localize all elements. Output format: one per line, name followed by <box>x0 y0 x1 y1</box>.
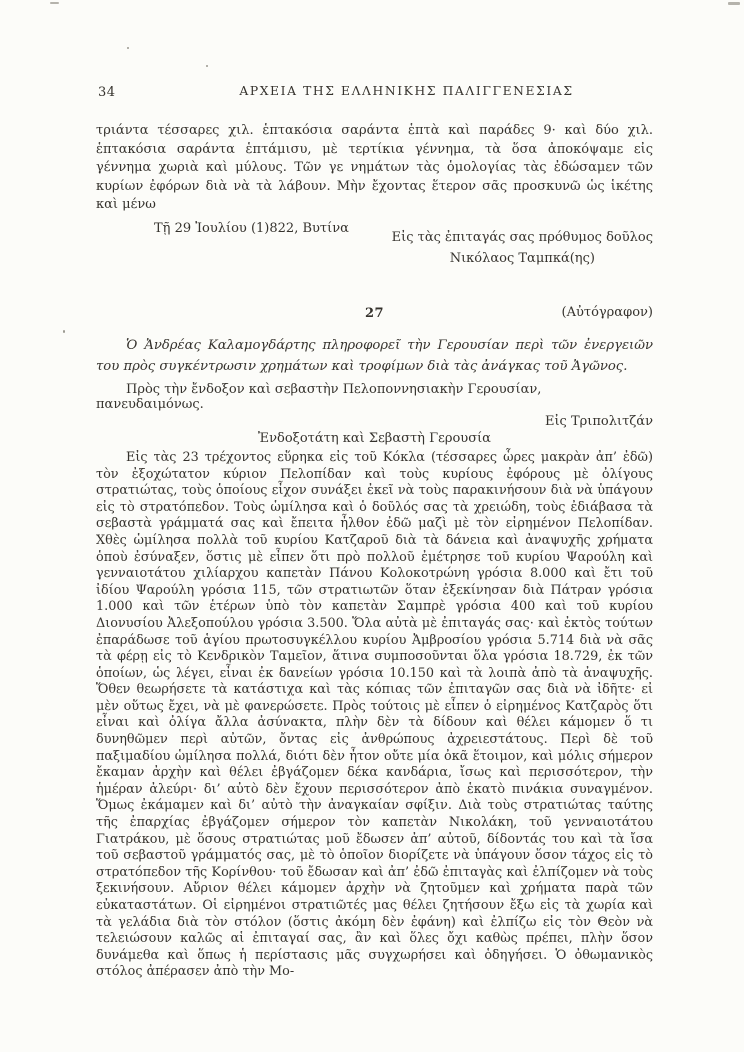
scan-speck <box>63 330 65 333</box>
page-number: 34 <box>98 85 116 100</box>
previous-document-signature-row: Τῇ 29 Ἰουλίου (1)822, Βυτίνα Εἰς τὰς ἐπι… <box>96 218 653 269</box>
salutation-line: Ἐνδοξοτάτη καὶ Σεβαστὴ Γερουσία <box>96 431 653 446</box>
closing-block: Εἰς τὰς ἐπιταγάς σας πρόθυμος δοῦλος Νικ… <box>392 227 653 269</box>
document-previous-tail: τριάντα τέσσαρες χιλ. ἑπτακόσια σαράντα … <box>96 122 653 269</box>
signature-name: Νικόλαος Ταμπκά(ης) <box>392 248 653 269</box>
document-type-note: (Αὐτόγραφον) <box>562 305 653 320</box>
document-summary: Ὁ Ἀνδρέας Καλαμογδάρτης πληροφορεῖ τὴν Γ… <box>96 335 653 378</box>
running-title: ΑΡΧΕΙΑ ΤΗΣ ΕΛΛΗΝΙΚΗΣ ΠΑΛΙΓΓΕΝΕΣΙΑΣ <box>160 84 653 98</box>
dateline: Τῇ 29 Ἰουλίου (1)822, Βυτίνα <box>96 221 349 269</box>
scan-speck <box>206 65 208 67</box>
document-27-header: 27 (Αὐτόγραφον) <box>96 306 653 323</box>
scan-speck <box>127 47 129 49</box>
place-line: Εἰς Τριπολιτζάν <box>96 414 653 429</box>
scan-artifact <box>50 2 59 4</box>
address-line: Πρὸς τὴν ἔνδοξον καὶ σεβαστὴν Πελοποννησ… <box>96 382 653 412</box>
running-head: 34 ΑΡΧΕΙΑ ΤΗΣ ΕΛΛΗΝΙΚΗΣ ΠΑΛΙΓΓΕΝΕΣΙΑΣ <box>96 84 653 100</box>
scanned-book-page: 34 ΑΡΧΕΙΑ ΤΗΣ ΕΛΛΗΝΙΚΗΣ ΠΑΛΙΓΓΕΝΕΣΙΑΣ τρ… <box>0 0 744 1052</box>
document-27: 27 (Αὐτόγραφον) Ὁ Ἀνδρέας Καλαμογδάρτης … <box>96 306 653 981</box>
text-block: 34 ΑΡΧΕΙΑ ΤΗΣ ΕΛΛΗΝΙΚΗΣ ΠΑΛΙΓΓΕΝΕΣΙΑΣ τρ… <box>96 84 653 981</box>
closing-formula: Εἰς τὰς ἐπιταγάς σας πρόθυμος δοῦλος <box>392 227 653 248</box>
scan-artifact <box>728 2 740 5</box>
document-27-body: Εἰς τὰς 23 τρέχοντος εὕρηκα εἰς τοῦ Κόκλ… <box>96 450 653 981</box>
previous-document-body: τριάντα τέσσαρες χιλ. ἑπτακόσια σαράντα … <box>96 122 653 215</box>
